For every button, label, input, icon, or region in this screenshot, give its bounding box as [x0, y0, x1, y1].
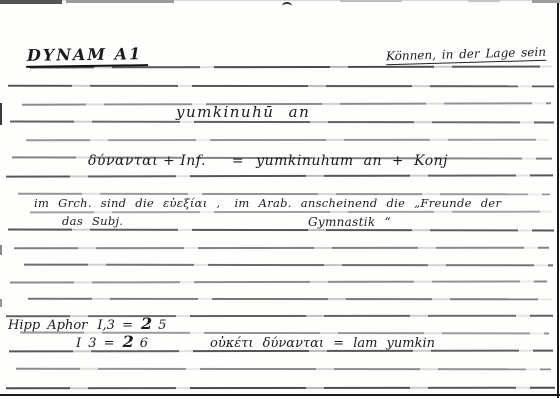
ruled-line	[6, 387, 555, 389]
reference-bold-digit-2: 2	[123, 332, 134, 351]
reference-row-2: I 3 =26οὐκέτι δύνανται = lam yumkin	[76, 332, 435, 351]
ruled-line	[16, 368, 551, 371]
ruled-line	[30, 211, 552, 214]
reference-bold-digit-1: 2	[141, 314, 152, 333]
arabic-lemma-heading: yumkinuhū an	[176, 103, 310, 121]
scan-artifact	[0, 245, 2, 255]
commentary-row-1: im Grch. sind die εὐεξίαι ,im Arab. ansc…	[34, 196, 501, 210]
reference-tail-2: 6	[140, 336, 148, 351]
scan-artifact	[0, 0, 62, 4]
index-card-scan: DYNAM A1 Können, in der Lage sein yumkin…	[0, 0, 560, 398]
scan-artifact	[0, 103, 2, 125]
ruled-line	[18, 193, 550, 196]
scan-artifact-squiggle	[282, 2, 292, 10]
ruled-line	[26, 139, 549, 141]
reference-work: Hipp Aphor	[8, 318, 87, 333]
scan-border-bottom	[0, 394, 560, 396]
scan-artifact	[532, 0, 560, 3]
commentary-gymnastik: Gymnastik “	[308, 215, 391, 229]
ruled-line	[8, 85, 554, 87]
ruled-line	[14, 247, 549, 250]
scan-border-right	[557, 0, 559, 398]
reference-locus-1: I,3 =	[97, 318, 133, 333]
commentary-arabic-part: im Arab. anscheinend die „Freunde der	[234, 196, 501, 210]
reference-tail-1: 5	[158, 318, 166, 333]
equation-arabic: yumkinuhum an + Konj	[256, 153, 448, 169]
german-gloss: Können, in der Lage sein	[386, 45, 546, 65]
ruled-line	[6, 174, 553, 177]
ruled-line	[24, 264, 553, 267]
commentary-greek-part: im Grch. sind die εὐεξίαι ,	[34, 196, 220, 210]
scan-artifact	[340, 0, 402, 2]
scan-artifact	[468, 0, 500, 2]
equation-line: δύνανται + Inf.=yumkinuhum an + Konj	[88, 153, 448, 169]
ruled-line	[28, 298, 552, 300]
ruled-line	[8, 229, 554, 232]
equals-sign: =	[232, 153, 244, 169]
reference-row-1: Hipp AphorI,3 =25	[8, 314, 166, 333]
equation-greek: δύνανται + Inf.	[88, 153, 206, 169]
ruled-line	[10, 280, 547, 283]
scan-artifact	[0, 299, 2, 307]
citation-phrase: οὐκέτι δύνανται = lam yumkin	[210, 336, 435, 351]
reference-locus-2: I 3 =	[76, 336, 115, 351]
commentary-subject-note: das Subj.	[62, 214, 123, 228]
scan-artifact	[66, 0, 174, 3]
headword: DYNAM A1	[26, 44, 148, 68]
